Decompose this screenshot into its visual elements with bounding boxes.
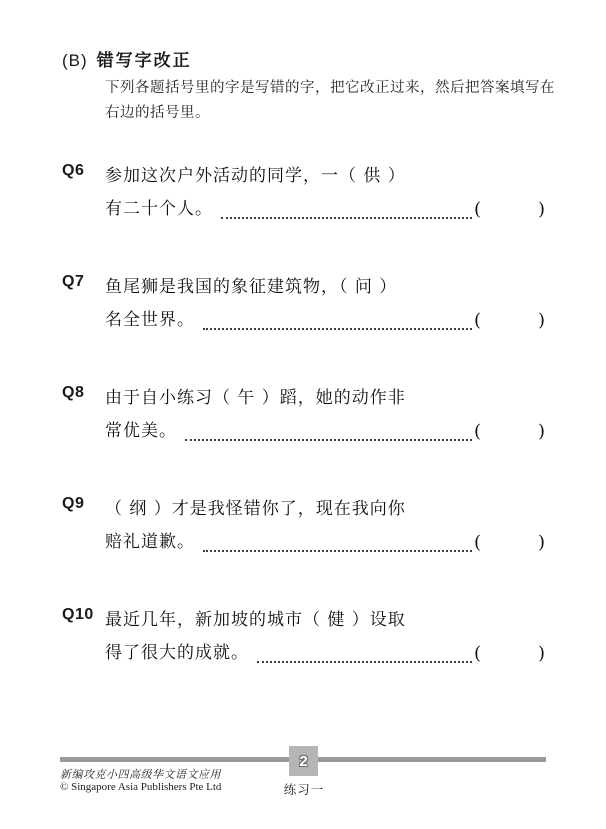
question-text-line1: 参加这次户外活动的同学，一（ 供 ） xyxy=(105,160,546,193)
dotted-leader xyxy=(257,661,472,663)
question-text-line2: 常优美。 ( ) xyxy=(105,415,546,448)
question-body: 由于自小练习（ 午 ）蹈，她的动作非 常优美。 ( ) xyxy=(105,382,546,448)
question-q9: Q9 （ 纲 ）才是我怪错你了，现在我向你 赔礼道歉。 ( ) xyxy=(62,493,546,559)
dotted-leader xyxy=(203,550,472,552)
question-list: Q6 参加这次户外活动的同学，一（ 供 ） 有二十个人。 ( ) Q7 鱼尾狮是… xyxy=(62,160,546,715)
dotted-leader xyxy=(203,328,472,330)
answer-paren-open: ( xyxy=(474,526,482,559)
question-body: 鱼尾狮是我国的象征建筑物，（ 问 ） 名全世界。 ( ) xyxy=(105,271,546,337)
question-text-line2-text: 有二十个人。 xyxy=(105,193,213,226)
question-q10: Q10 最近几年，新加坡的城市（ 健 ）设取 得了很大的成就。 ( ) xyxy=(62,604,546,670)
question-q7: Q7 鱼尾狮是我国的象征建筑物，（ 问 ） 名全世界。 ( ) xyxy=(62,271,546,337)
question-text-line1: 鱼尾狮是我国的象征建筑物，（ 问 ） xyxy=(105,271,546,304)
section-label: (B) xyxy=(62,51,88,71)
dotted-leader xyxy=(221,217,472,219)
question-text-line1: （ 纲 ）才是我怪错你了，现在我向你 xyxy=(105,493,546,526)
answer-paren-open: ( xyxy=(474,193,482,226)
answer-paren-open: ( xyxy=(474,304,482,337)
answer-paren-open: ( xyxy=(474,415,482,448)
answer-paren-close: ) xyxy=(538,304,546,337)
section-instructions: 下列各题括号里的字是写错的字，把它改正过来，然后把答案填写在右边的括号里。 xyxy=(105,76,555,126)
question-text-line2-text: 赔礼道歉。 xyxy=(105,526,195,559)
question-text-line2-text: 得了很大的成就。 xyxy=(105,637,249,670)
question-text-line1: 最近几年，新加坡的城市（ 健 ）设取 xyxy=(105,604,546,637)
question-text-line1: 由于自小练习（ 午 ）蹈，她的动作非 xyxy=(105,382,546,415)
answer-paren-close: ) xyxy=(538,526,546,559)
question-label: Q9 xyxy=(62,493,105,559)
section-header: (B) 错写字改正 xyxy=(62,46,192,71)
answer-paren-open: ( xyxy=(474,637,482,670)
question-body: 最近几年，新加坡的城市（ 健 ）设取 得了很大的成就。 ( ) xyxy=(105,604,546,670)
book-title: 新编攻克小四高级华文语文应用 xyxy=(60,766,221,782)
copyright-line: © Singapore Asia Publishers Pte Ltd xyxy=(60,781,221,793)
question-text-line2: 得了很大的成就。 ( ) xyxy=(105,637,546,670)
page-number-badge: 2 xyxy=(289,746,318,776)
question-q8: Q8 由于自小练习（ 午 ）蹈，她的动作非 常优美。 ( ) xyxy=(62,382,546,448)
question-text-line2: 名全世界。 ( ) xyxy=(105,304,546,337)
question-text-line2: 赔礼道歉。 ( ) xyxy=(105,526,546,559)
section-title: 错写字改正 xyxy=(97,46,192,71)
question-text-line2-text: 常优美。 xyxy=(105,415,177,448)
question-q6: Q6 参加这次户外活动的同学，一（ 供 ） 有二十个人。 ( ) xyxy=(62,160,546,226)
question-body: （ 纲 ）才是我怪错你了，现在我向你 赔礼道歉。 ( ) xyxy=(105,493,546,559)
dotted-leader xyxy=(185,439,472,441)
worksheet-page: (B) 错写字改正 下列各题括号里的字是写错的字，把它改正过来，然后把答案填写在… xyxy=(0,0,606,829)
question-body: 参加这次户外活动的同学，一（ 供 ） 有二十个人。 ( ) xyxy=(105,160,546,226)
exercise-label: 练习一 xyxy=(249,780,359,798)
question-label: Q6 xyxy=(62,160,105,226)
question-label: Q10 xyxy=(62,604,105,670)
question-label: Q7 xyxy=(62,271,105,337)
answer-paren-close: ) xyxy=(538,637,546,670)
answer-paren-close: ) xyxy=(538,193,546,226)
footer-rule xyxy=(60,757,546,762)
question-label: Q8 xyxy=(62,382,105,448)
question-text-line2: 有二十个人。 ( ) xyxy=(105,193,546,226)
answer-paren-close: ) xyxy=(538,415,546,448)
question-text-line2-text: 名全世界。 xyxy=(105,304,195,337)
